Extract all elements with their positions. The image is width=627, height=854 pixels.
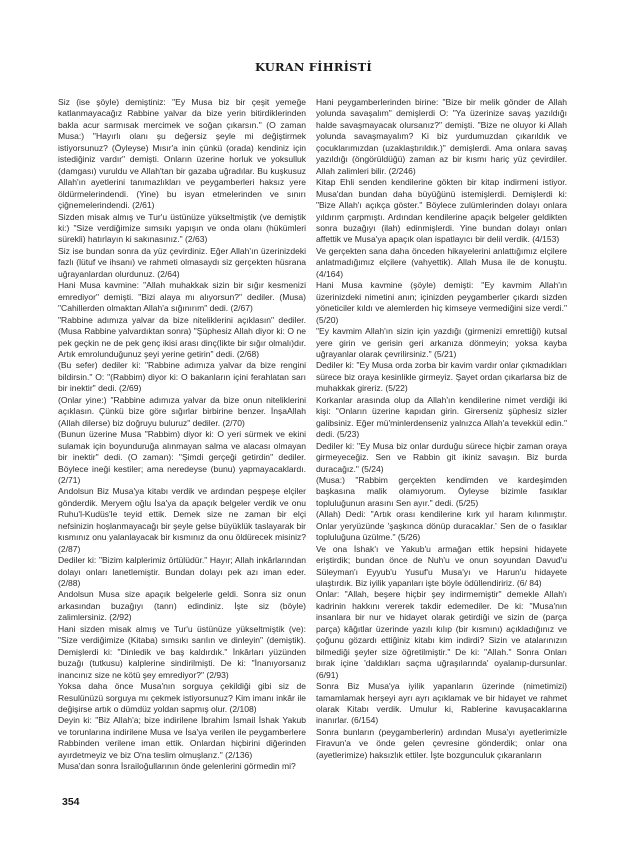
- verse-entry: Sonra Biz Musa'ya iyilik yapanların üzer…: [316, 681, 567, 727]
- page-title: KURAN FİHRİSTİ: [0, 60, 627, 74]
- verse-entry: Siz (ise şöyle) demiştiniz: "Ey Musa biz…: [58, 97, 306, 212]
- verse-entry: (Musa:) "Rabbim gerçekten kendimden ve k…: [316, 475, 567, 509]
- verse-entry: Musa'dan sonra İsrailoğullarının önde ge…: [58, 761, 306, 772]
- verse-entry: Dediler ki: "Bizim kalplerimiz örtülüdür…: [58, 555, 306, 589]
- verse-entry: (Bu sefer) dediler ki: "Rabbine adımıza …: [58, 360, 306, 394]
- verse-entry: Dediler ki: "Ey Musa orda zorba bir kavi…: [316, 360, 567, 394]
- verse-entry: Hani sizden misak almış ve Tur'u üstünüz…: [58, 624, 306, 681]
- verse-entry: Andolsun Biz Musa'ya kitabı verdik ve ar…: [58, 486, 306, 555]
- right-column: Hani peygamberlerinden birine: "Bize bir…: [316, 97, 567, 761]
- page-number: 354: [62, 796, 80, 808]
- verse-entry: Siz ise bundan sonra da yüz çevirdiniz. …: [58, 246, 306, 280]
- verse-entry: Yoksa daha önce Musa'nın sorguya çekildi…: [58, 681, 306, 715]
- verse-entry: Kitap Ehli senden kendilerine gökten bir…: [316, 177, 567, 246]
- verse-entry: "Ey kavmim Allah'ın sizin için yazdığı (…: [316, 326, 567, 360]
- verse-entry: (Allah) Dedi: "Artık orası kendilerine k…: [316, 509, 567, 543]
- verse-entry: Hani Musa kavmine: "Allah muhakkak sizin…: [58, 280, 306, 314]
- verse-entry: Hani peygamberlerinden birine: "Bize bir…: [316, 97, 567, 177]
- verse-entry: (Bunun üzerine Musa "Rabbim) diyor ki: O…: [58, 429, 306, 486]
- verse-entry: (Onlar yine:) "Rabbine adımıza yalvar da…: [58, 395, 306, 429]
- verse-entry: Onlar: "Allah, beşere hiçbir şey indirme…: [316, 589, 567, 681]
- verse-entry: Hani Musa kavmine (şöyle) demişti: "Ey k…: [316, 280, 567, 326]
- verse-entry: "Rabbine adımıza yalvar da bize nitelikl…: [58, 315, 306, 361]
- verse-entry: Korkanlar arasında olup da Allah'ın kend…: [316, 395, 567, 441]
- verse-entry: Ve gerçekten sana daha önceden hikayeler…: [316, 246, 567, 280]
- left-column: Siz (ise şöyle) demiştiniz: "Ey Musa biz…: [58, 97, 306, 773]
- verse-entry: Deyin ki: "Biz Allah'a; bize indirilene …: [58, 715, 306, 761]
- verse-entry: Sonra bunların (peygamberlerin) ardından…: [316, 727, 567, 761]
- verse-entry: Sizden misak almış ve Tur'u üstünüze yük…: [58, 212, 306, 246]
- verse-entry: Dediler ki: "Ey Musa biz onlar durduğu s…: [316, 441, 567, 475]
- verse-entry: Ve ona İshak'ı ve Yakub'u armağan ettik …: [316, 544, 567, 590]
- verse-entry: Andolsun Musa size apaçık belgelerle gel…: [58, 589, 306, 623]
